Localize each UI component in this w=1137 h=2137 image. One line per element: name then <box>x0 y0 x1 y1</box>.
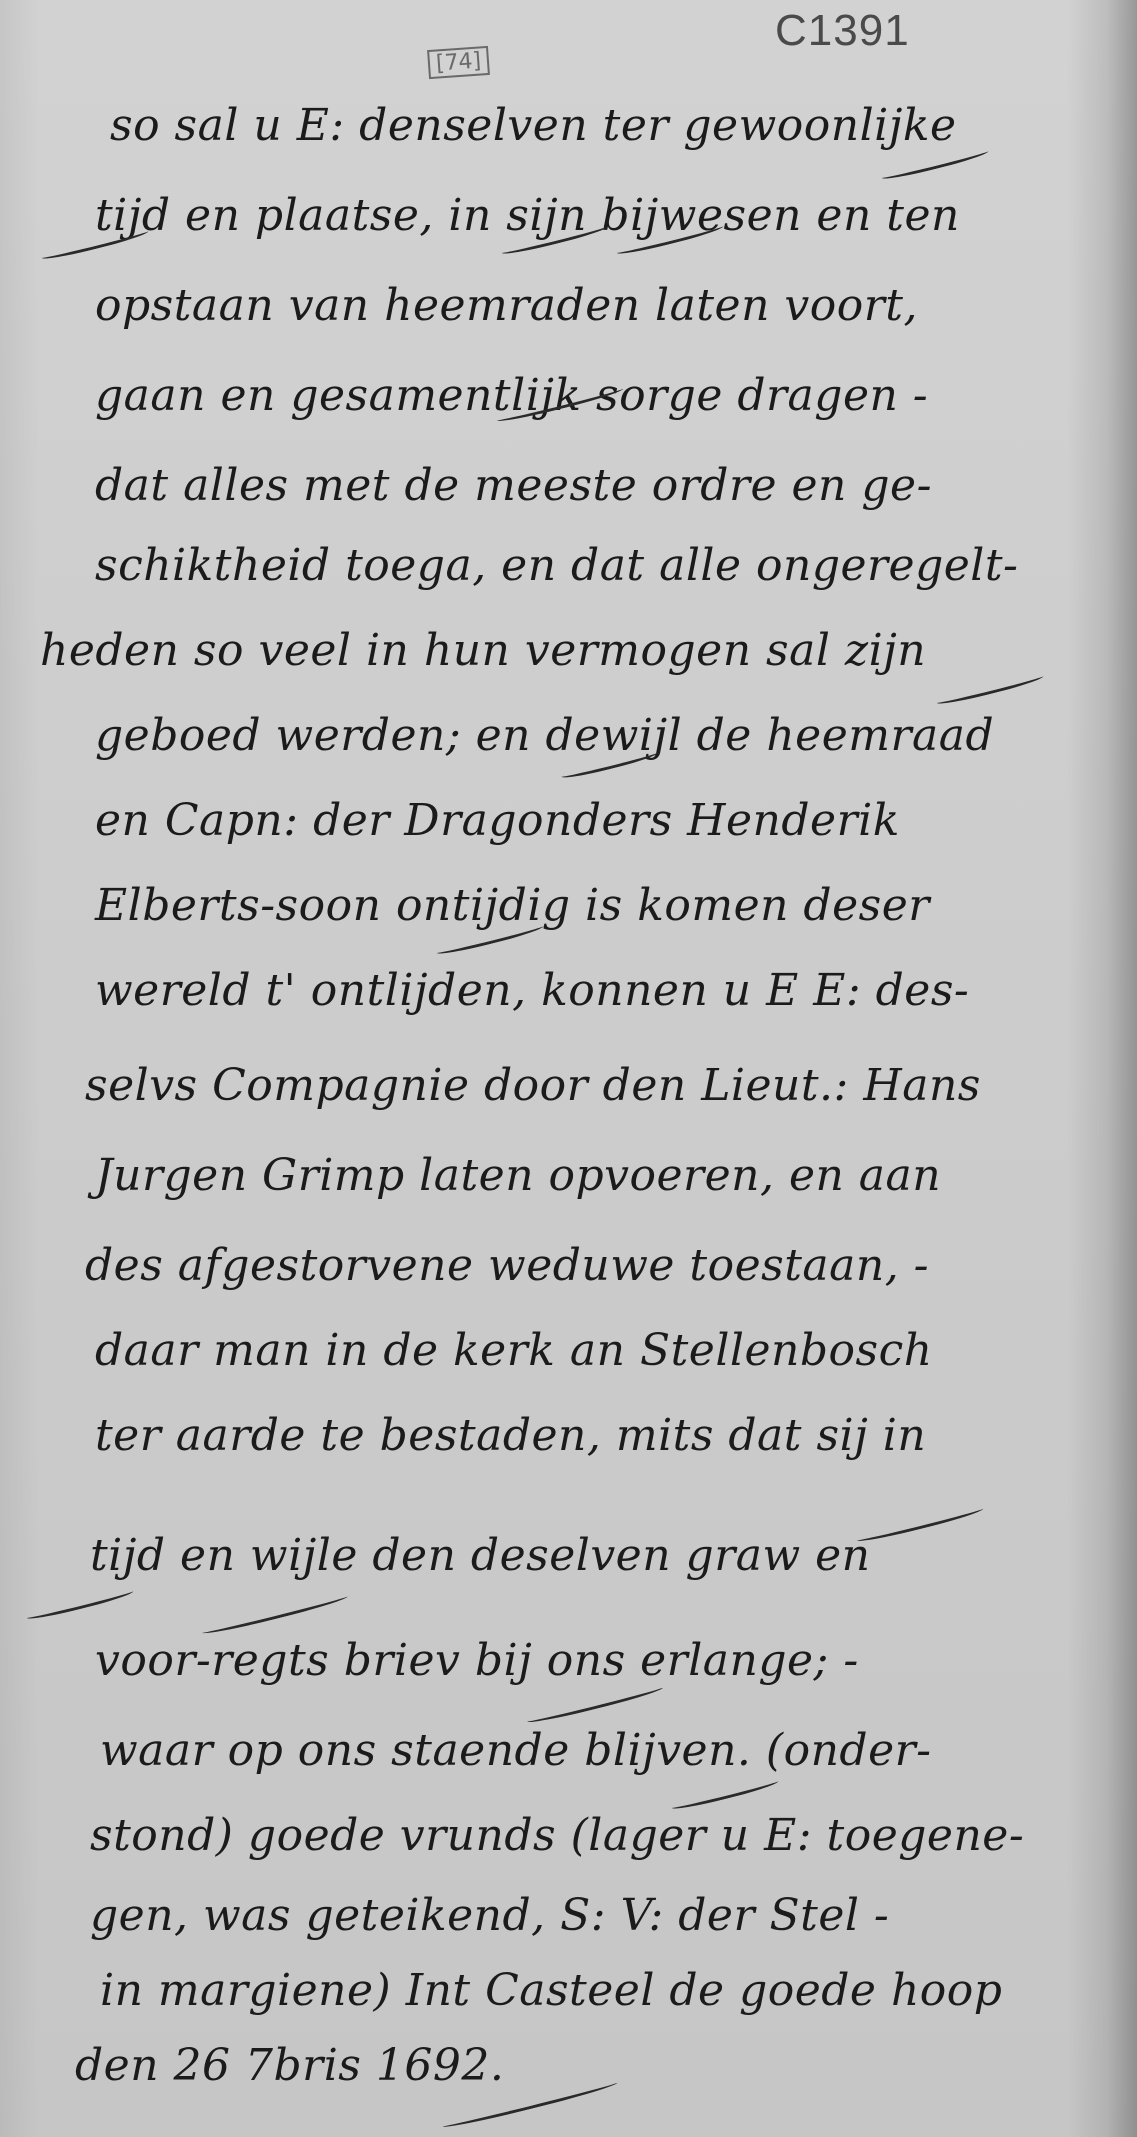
text-line: gen, was geteikend, S: V: der Stel - <box>90 1890 889 1941</box>
text-line: opstaan van heemraden laten voort, <box>95 280 918 331</box>
text-line: des afgestorvene weduwe toestaan, - <box>85 1240 929 1291</box>
text-line: tijd en plaatse, in sijn bijwesen en ten <box>95 190 960 241</box>
text-line: so sal u E: denselven ter gewoonlijke <box>110 100 957 151</box>
underline-flourish <box>671 1777 780 1812</box>
underline-flourish <box>526 1683 664 1726</box>
text-line: Elberts-soon ontijdig is komen deser <box>95 880 930 931</box>
text-line: den 26 7bris 1692. <box>75 2040 504 2091</box>
text-line: tijd en wijle den deselven graw en <box>90 1530 871 1581</box>
underline-flourish <box>936 672 1045 707</box>
text-line: ter aarde te bestaden, mits dat sij in <box>95 1410 926 1461</box>
manuscript-page: C1391 [74] so sal u E: denselven ter gew… <box>0 0 1137 2137</box>
underline-flourish <box>856 1504 984 1544</box>
text-line: selvs Compagnie door den Lieut.: Hans <box>85 1060 981 1111</box>
underline-flourish <box>881 147 990 182</box>
text-line: stond) goede vrunds (lager u E: toegene- <box>90 1810 1024 1861</box>
text-line: geboed werden; en dewijl de heemraad <box>95 710 994 761</box>
underline-flourish <box>201 1592 349 1637</box>
text-line: in margiene) Int Casteel de goede hoop <box>100 1965 1002 2016</box>
text-line: voor-regts briev bij ons erlange; - <box>95 1635 859 1686</box>
folio-number: [74] <box>427 46 490 79</box>
text-line: wereld t' ontlijden, konnen u E E: des- <box>95 965 969 1016</box>
text-line: Jurgen Grimp laten opvoeren, en aan <box>95 1150 941 1201</box>
text-line: heden so veel in hun vermogen sal zijn <box>40 625 926 676</box>
text-line: waar op ons staende blijven. (onder- <box>100 1725 932 1776</box>
archive-id-stamp: C1391 <box>775 6 910 56</box>
underline-flourish <box>26 1587 135 1622</box>
text-line: schiktheid toega, en dat alle ongeregelt… <box>95 540 1018 591</box>
text-line: daar man in de kerk an Stellenbosch <box>95 1325 933 1376</box>
text-line: dat alles met de meeste ordre en ge- <box>95 460 932 511</box>
text-line: en Capn: der Dragonders Henderik <box>95 795 900 846</box>
